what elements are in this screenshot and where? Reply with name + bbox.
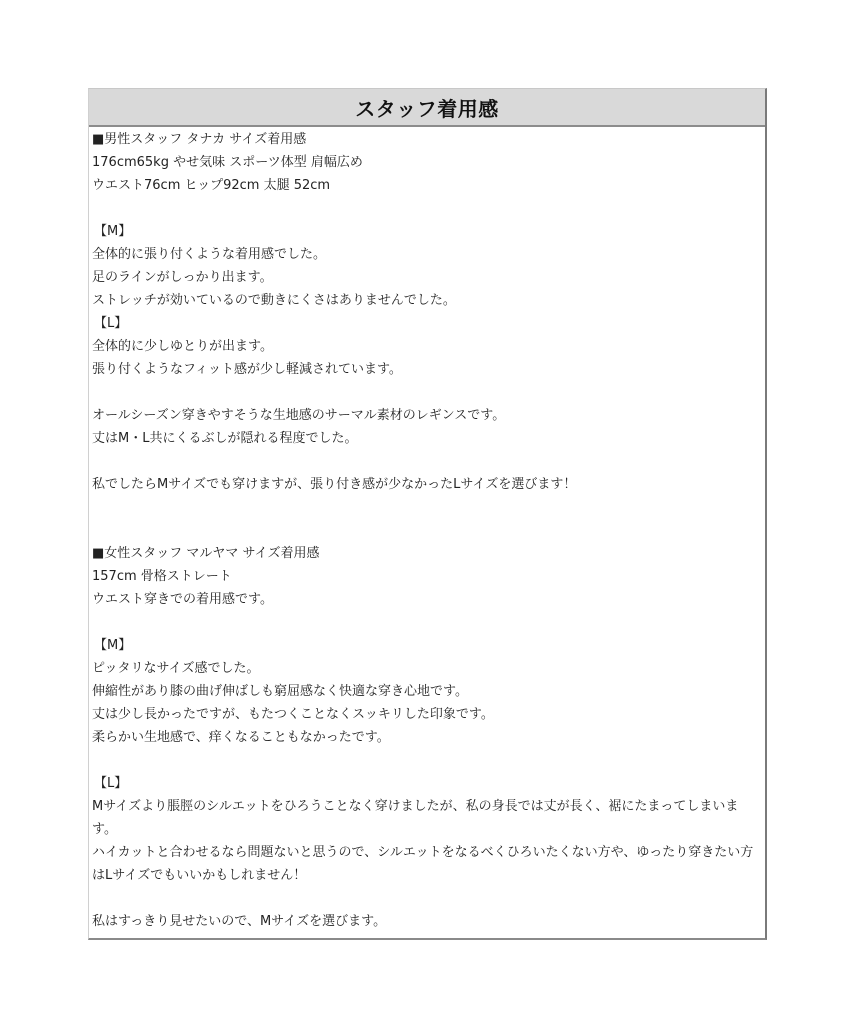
size-m-comment: 丈は少し長かったですが、もたつくことなくスッキリした印象です。 (92, 703, 761, 726)
size-l-label: 【L】 (92, 772, 761, 795)
size-l-comment: Mサイズより脹脛のシルエットをひろうことなく穿けましたが、私の身長では丈が長く、… (92, 795, 761, 841)
male-staff-section: ■男性スタッフ タナカ サイズ着用感 176cm65kg やせ気味 スポーツ体型… (92, 128, 761, 542)
size-m-comment: 全体的に張り付くような着用感でした。 (92, 243, 761, 266)
size-m-comment: ストレッチが効いているので動きにくさはありませんでした。 (92, 289, 761, 312)
size-l-comment: 張り付くようなフィット感が少し軽減されています。 (92, 358, 761, 381)
conclusion: 私でしたらMサイズでも穿けますが、張り付き感が少なかったLサイズを選びます！ (92, 473, 761, 496)
section-heading: ■女性スタッフ マルヤマ サイズ着用感 (92, 542, 761, 565)
size-l-label: 【L】 (92, 312, 761, 335)
spacer (92, 749, 761, 772)
staff-profile: 176cm65kg やせ気味 スポーツ体型 肩幅広め (92, 151, 761, 174)
female-staff-section: ■女性スタッフ マルヤマ サイズ着用感 157cm 骨格ストレート ウエスト穿き… (92, 542, 761, 933)
conclusion: 私はすっきり見せたいので、Mサイズを選びます。 (92, 910, 761, 933)
table-header: スタッフ着用感 (89, 89, 765, 127)
section-heading: ■男性スタッフ タナカ サイズ着用感 (92, 128, 761, 151)
size-m-comment: 伸縮性があり膝の曲げ伸ばしも窮屈感なく快適な穿き心地です。 (92, 680, 761, 703)
size-m-label: 【M】 (92, 634, 761, 657)
spacer (92, 381, 761, 404)
spacer (92, 450, 761, 473)
spacer (92, 887, 761, 910)
spacer (92, 519, 761, 542)
spacer (92, 611, 761, 634)
length-note: 丈はM・L共にくるぶしが隠れる程度でした。 (92, 427, 761, 450)
fabric-note: オールシーズン穿きやすそうな生地感のサーマル素材のレギンスです。 (92, 404, 761, 427)
size-l-comment: 全体的に少しゆとりが出ます。 (92, 335, 761, 358)
staff-measurements: ウエスト76cm ヒップ92cm 太腿 52cm (92, 174, 761, 197)
spacer (92, 197, 761, 220)
staff-note: ウエスト穿きでの着用感です。 (92, 588, 761, 611)
review-body: ■男性スタッフ タナカ サイズ着用感 176cm65kg やせ気味 スポーツ体型… (89, 127, 765, 938)
size-m-label: 【M】 (92, 220, 761, 243)
spacer (92, 496, 761, 519)
size-m-comment: 足のラインがしっかり出ます。 (92, 266, 761, 289)
size-m-comment: 柔らかい生地感で、痒くなることもなかったです。 (92, 726, 761, 749)
size-l-comment: ハイカットと合わせるなら問題ないと思うので、シルエットをなるべくひろいたくない方… (92, 841, 761, 887)
size-m-comment: ピッタリなサイズ感でした。 (92, 657, 761, 680)
staff-profile: 157cm 骨格ストレート (92, 565, 761, 588)
page-title: スタッフ着用感 (355, 93, 499, 122)
staff-fit-review-table: スタッフ着用感 ■男性スタッフ タナカ サイズ着用感 176cm65kg やせ気… (88, 88, 767, 940)
